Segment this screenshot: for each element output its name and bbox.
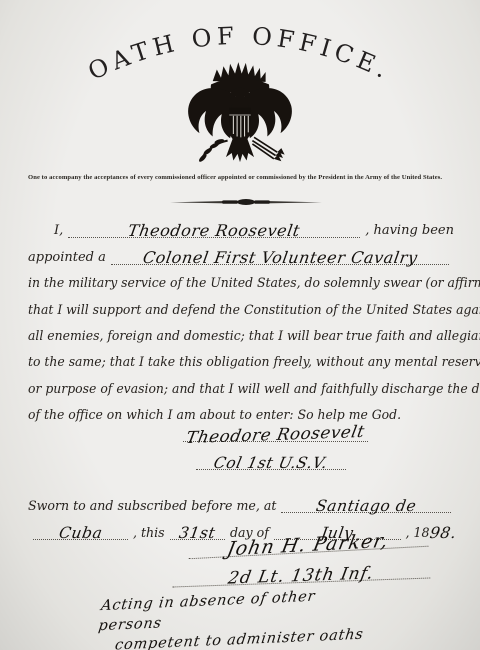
name-blank: Theodore Roosevelt xyxy=(68,221,360,238)
oath-text: to the same; that I take this obligation… xyxy=(28,355,480,370)
attestation-line-1: Sworn to and subscribed before me, at Sa… xyxy=(28,486,456,513)
printed-i: I, xyxy=(54,223,63,238)
handwritten-year: 98. xyxy=(428,524,457,542)
oath-text: all enemies, foreign and domestic; that … xyxy=(28,329,480,344)
roosevelt-signature: Theodore Roosevelt xyxy=(183,422,368,442)
olive-branch-icon xyxy=(198,138,228,163)
roosevelt-rank: Col 1st U.S.V. xyxy=(196,450,346,470)
oath-line-6: to the same; that I take this obligation… xyxy=(28,344,454,370)
place-blank-1: Santiago de xyxy=(281,497,451,514)
oath-of-office-document: OATH OF OFFICE. xyxy=(0,0,480,650)
position-blank: Colonel First Volunteer Cavalry xyxy=(111,248,449,265)
officer-rank: 2d Lt. 13th Inf. xyxy=(172,558,431,588)
handwritten-place-2: Cuba xyxy=(58,526,104,542)
oath-line-3: in the military service of the United St… xyxy=(28,265,454,291)
arrows-icon xyxy=(252,137,284,161)
handwritten-place-1: Santiago de xyxy=(315,499,418,515)
officer-signature-text: John H. Parker, xyxy=(225,530,390,561)
officer-note: Acting in absence of other persons compe… xyxy=(99,582,381,650)
handwritten-name: Theodore Roosevelt xyxy=(127,223,302,239)
place-blank-2: Cuba xyxy=(33,524,128,541)
oath-body: I, Theodore Roosevelt , having been appo… xyxy=(28,212,454,423)
oath-line-5: all enemies, foreign and domestic; that … xyxy=(28,318,454,344)
oath-text: that I will support and defend the Const… xyxy=(28,303,480,318)
eagle-emblem-icon xyxy=(178,52,302,178)
oath-line-8: of the office on which I am about to ent… xyxy=(28,397,454,423)
printed-having-been: , having been xyxy=(365,223,454,238)
printed-appointed-a: appointed a xyxy=(28,250,106,265)
handwritten-position: Colonel First Volunteer Cavalry xyxy=(141,250,418,266)
rank-text: Col 1st U.S.V. xyxy=(212,454,329,472)
fineprint-note: One to accompany the acceptances of ever… xyxy=(28,174,444,181)
signature-text: Theodore Roosevelt xyxy=(185,422,367,447)
oath-text: of the office on which I am about to ent… xyxy=(28,408,401,423)
this-label: , this xyxy=(133,525,165,540)
oath-line-2: appointed a Colonel First Volunteer Cava… xyxy=(28,238,454,264)
sworn-label: Sworn to and subscribed before me, at xyxy=(28,498,276,513)
oath-line-1: I, Theodore Roosevelt , having been xyxy=(28,212,454,238)
oath-line-7: or purpose of evasion; and that I will w… xyxy=(28,370,454,396)
oath-line-4: that I will support and defend the Const… xyxy=(28,291,454,317)
oath-text: or purpose of evasion; and that I will w… xyxy=(28,382,480,397)
ornament-divider xyxy=(170,197,322,207)
oath-text: in the military service of the United St… xyxy=(28,276,480,291)
